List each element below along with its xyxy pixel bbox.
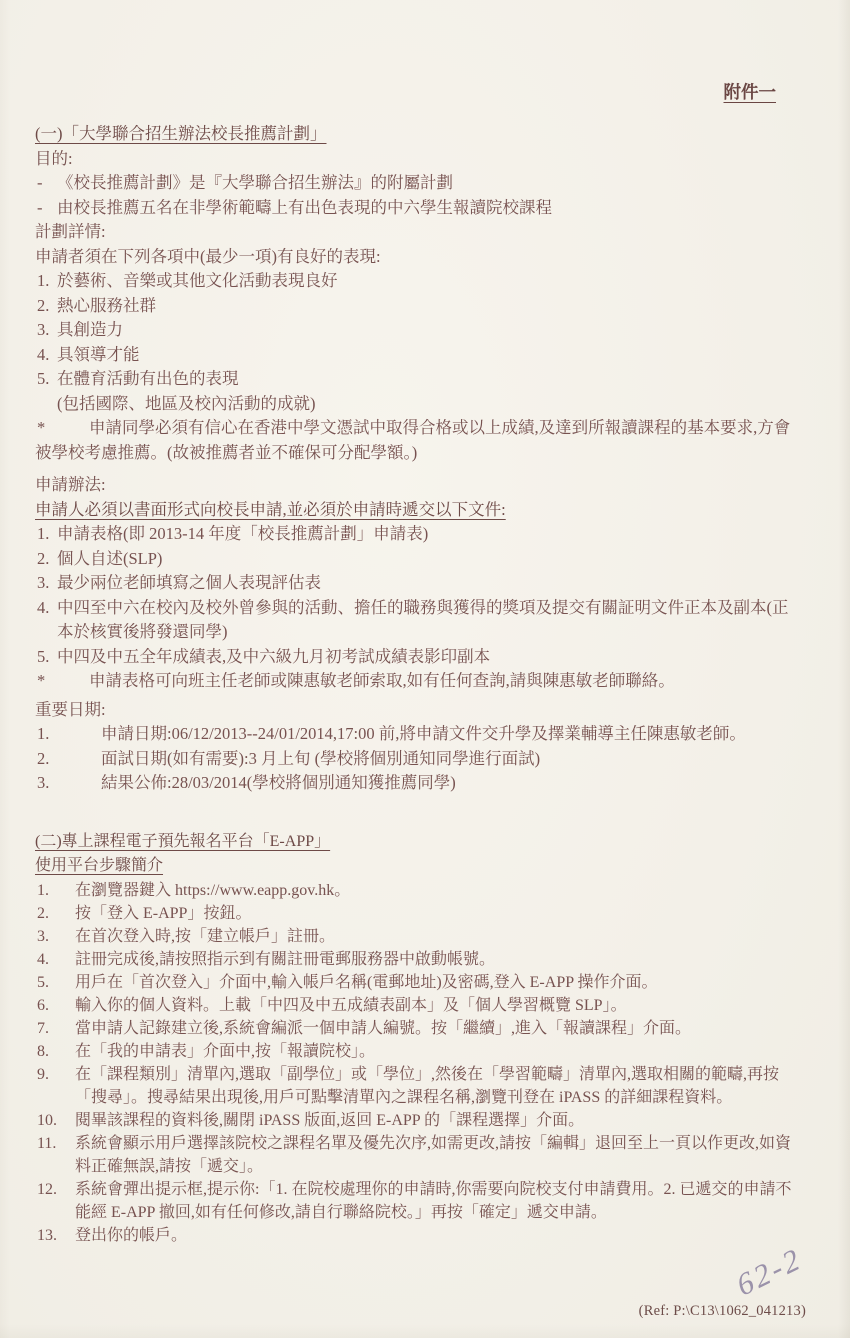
item-text: 閱畢該課程的資料後,關閉 iPASS 版面,返回 E-APP 的「課程選擇」介面… bbox=[75, 1109, 804, 1132]
item-text: 最少兩位老師填寫之個人表現評估表 bbox=[57, 571, 804, 596]
item-text: 個人自述(SLP) bbox=[57, 547, 804, 572]
item-text: 面試日期(如有需要):3 月上旬 (學校將個別通知同學進行面試) bbox=[101, 747, 804, 772]
item-number: - bbox=[35, 171, 57, 196]
item-text: 系統會彈出提示框,提示你:「1. 在院校處理你的申請時,你需要向院校支付申請費用… bbox=[75, 1178, 804, 1224]
item-number: 2. bbox=[35, 547, 57, 572]
section-1: (一)「大學聯合招生辦法校長推薦計劃」 目的: - 《校長推薦計劃》是『大學聯合… bbox=[35, 122, 804, 796]
item-number: 9. bbox=[35, 1063, 75, 1086]
document-item: 3. 最少兩位老師填寫之個人表現評估表 bbox=[35, 571, 804, 596]
step-item: 7. 當申請人記錄建立後,系統會編派一個申請人編號。按「繼續」,進入「報讀課程」… bbox=[35, 1017, 804, 1040]
section2-subheading: 使用平台步驟簡介 bbox=[35, 854, 804, 879]
date-item: 2. 面試日期(如有需要):3 月上旬 (學校將個別通知同學進行面試) bbox=[35, 747, 804, 772]
item-number: 2. bbox=[35, 902, 75, 925]
item-text: 在「課程類別」清單內,選取「副學位」或「學位」,然後在「學習範疇」清單內,選取相… bbox=[75, 1063, 804, 1109]
item-number: 5. bbox=[35, 645, 57, 670]
spacer bbox=[35, 465, 804, 473]
application-label: 申請辦法: bbox=[35, 473, 804, 498]
item-number: 4. bbox=[35, 596, 57, 621]
criteria-subitem: (包括國際、地區及校內活動的成就) bbox=[35, 392, 804, 417]
criteria-item: 1. 於藝術、音樂或其他文化活動表現良好 bbox=[35, 269, 804, 294]
item-number: 1. bbox=[35, 722, 101, 747]
document-item: 5. 中四及中五全年成績表,及中六級九月初考試成績表影印副本 bbox=[35, 645, 804, 670]
item-text: 在「我的申請表」介面中,按「報讀院校」。 bbox=[75, 1040, 804, 1063]
step-item: 8. 在「我的申請表」介面中,按「報讀院校」。 bbox=[35, 1040, 804, 1063]
attachment-label: 附件一 bbox=[724, 79, 777, 104]
item-text: 申請日期:06/12/2013--24/01/2014,17:00 前,將申請文… bbox=[101, 722, 804, 747]
criteria-item: 2. 熱心服務社群 bbox=[35, 294, 804, 319]
item-number: 2. bbox=[35, 747, 101, 772]
dates-label: 重要日期: bbox=[35, 698, 804, 723]
section1-heading: (一)「大學聯合招生辦法校長推薦計劃」 bbox=[35, 122, 804, 147]
purpose-item: - 《校長推薦計劃》是『大學聯合招生辦法』的附屬計劃 bbox=[35, 171, 804, 196]
item-number: 8. bbox=[35, 1040, 75, 1063]
details-label: 計劃詳情: bbox=[35, 220, 804, 245]
step-item: 6. 輸入你的個人資料。上載「中四及中五成績表副本」及「個人學習概覽 SLP」。 bbox=[35, 994, 804, 1017]
step-item: 9. 在「課程類別」清單內,選取「副學位」或「學位」,然後在「學習範疇」清單內,… bbox=[35, 1063, 804, 1109]
item-text: 用戶在「首次登入」介面中,輸入帳戶名稱(電郵地址)及密碼,登入 E-APP 操作… bbox=[75, 971, 804, 994]
item-number: 10. bbox=[35, 1109, 75, 1132]
item-number: - bbox=[35, 196, 57, 221]
item-number: 7. bbox=[35, 1017, 75, 1040]
criteria-intro: 申請者須在下列各項中(最少一項)有良好的表現: bbox=[35, 245, 804, 270]
criteria-item: 4. 具領導才能 bbox=[35, 343, 804, 368]
item-text: 具領導才能 bbox=[57, 343, 804, 368]
step-item: 5. 用戶在「首次登入」介面中,輸入帳戶名稱(電郵地址)及密碼,登入 E-APP… bbox=[35, 971, 804, 994]
item-number: 1. bbox=[35, 879, 75, 902]
item-number: 5. bbox=[35, 367, 57, 392]
date-item: 1. 申請日期:06/12/2013--24/01/2014,17:00 前,將… bbox=[35, 722, 804, 747]
item-number: 11. bbox=[35, 1132, 75, 1155]
section2-heading: (二)專上課程電子預先報名平台「E-APP」 bbox=[35, 830, 804, 855]
step-item: 10. 閱畢該課程的資料後,關閉 iPASS 版面,返回 E-APP 的「課程選… bbox=[35, 1109, 804, 1132]
document-content: (一)「大學聯合招生辦法校長推薦計劃」 目的: - 《校長推薦計劃》是『大學聯合… bbox=[35, 122, 804, 1247]
step-item: 11. 系統會顯示用戶選擇該院校之課程名單及優先次序,如需更改,請按「編輯」退回… bbox=[35, 1132, 804, 1178]
criteria-item: 5. 在體育活動有出色的表現 bbox=[35, 367, 804, 392]
purpose-label: 目的: bbox=[35, 147, 804, 172]
item-text: (包括國際、地區及校內活動的成就) bbox=[57, 392, 804, 417]
document-ref-number: (Ref: P:\C13\1062_041213) bbox=[639, 1303, 806, 1320]
item-text: 按「登入 E-APP」按鈕。 bbox=[75, 902, 804, 925]
item-number: 12. bbox=[35, 1178, 75, 1201]
step-item: 3. 在首次登入時,按「建立帳戶」註冊。 bbox=[35, 925, 804, 948]
item-text: 註冊完成後,請按照指示到有關註冊電郵服務器中啟動帳號。 bbox=[75, 948, 804, 971]
item-text: 在體育活動有出色的表現 bbox=[57, 367, 804, 392]
item-text: 熱心服務社群 bbox=[57, 294, 804, 319]
item-text: 中四及中五全年成績表,及中六級九月初考試成績表影印副本 bbox=[57, 645, 804, 670]
item-number: 3. bbox=[35, 318, 57, 343]
item-text: 結果公佈:28/03/2014(學校將個別通知獲推薦同學) bbox=[101, 771, 804, 796]
scanned-document-page: 附件一 (一)「大學聯合招生辦法校長推薦計劃」 目的: - 《校長推薦計劃》是『… bbox=[0, 0, 850, 1338]
criteria-item: 3. 具創造力 bbox=[35, 318, 804, 343]
asterisk-marker: * bbox=[35, 669, 89, 694]
item-text: 系統會顯示用戶選擇該院校之課程名單及優先次序,如需更改,請按「編輯」退回至上一頁… bbox=[75, 1132, 804, 1178]
item-text: 當申請人記錄建立後,系統會編派一個申請人編號。按「繼續」,進入「報讀課程」介面。 bbox=[75, 1017, 804, 1040]
item-text: 《校長推薦計劃》是『大學聯合招生辦法』的附屬計劃 bbox=[57, 171, 804, 196]
documents-note: *申請表格可向班主任老師或陳惠敏老師索取,如有任何查詢,請與陳惠敏老師聯絡。 bbox=[35, 669, 804, 694]
item-number: 4. bbox=[35, 343, 57, 368]
step-item: 1. 在瀏覽器鍵入 https://www.eapp.gov.hk。 bbox=[35, 879, 804, 902]
item-number: 2. bbox=[35, 294, 57, 319]
item-text: 登出你的帳戶。 bbox=[75, 1224, 804, 1247]
item-text: 由校長推薦五名在非學術範疇上有出色表現的中六學生報讀院校課程 bbox=[57, 196, 804, 221]
document-item: 4. 中四至中六在校內及校外曾參與的活動、擔任的職務與獲得的獎項及提交有關証明文… bbox=[35, 596, 804, 645]
item-text: 在首次登入時,按「建立帳戶」註冊。 bbox=[75, 925, 804, 948]
step-item: 13. 登出你的帳戶。 bbox=[35, 1224, 804, 1247]
step-item: 4. 註冊完成後,請按照指示到有關註冊電郵服務器中啟動帳號。 bbox=[35, 948, 804, 971]
step-item: 12. 系統會彈出提示框,提示你:「1. 在院校處理你的申請時,你需要向院校支付… bbox=[35, 1178, 804, 1224]
note-text: 申請同學必須有信心在香港中學文憑試中取得合格或以上成績,及達到所報讀課程的基本要… bbox=[35, 418, 790, 462]
item-number: 1. bbox=[35, 269, 57, 294]
item-text: 在瀏覽器鍵入 https://www.eapp.gov.hk。 bbox=[75, 879, 804, 902]
date-item: 3. 結果公佈:28/03/2014(學校將個別通知獲推薦同學) bbox=[35, 771, 804, 796]
item-number: 4. bbox=[35, 948, 75, 971]
item-number: 3. bbox=[35, 925, 75, 948]
item-text: 申請表格(即 2013-14 年度「校長推薦計劃」申請表) bbox=[57, 522, 804, 547]
document-item: 1. 申請表格(即 2013-14 年度「校長推薦計劃」申請表) bbox=[35, 522, 804, 547]
application-intro: 申請人必須以書面形式向校長申請,並必須於申請時遞交以下文件: bbox=[35, 498, 804, 523]
step-item: 2. 按「登入 E-APP」按鈕。 bbox=[35, 902, 804, 925]
item-text: 中四至中六在校內及校外曾參與的活動、擔任的職務與獲得的獎項及提交有關証明文件正本… bbox=[57, 596, 804, 645]
criteria-note: *申請同學必須有信心在香港中學文憑試中取得合格或以上成績,及達到所報讀課程的基本… bbox=[35, 416, 804, 465]
item-number: 6. bbox=[35, 994, 75, 1017]
note-text: 申請表格可向班主任老師或陳惠敏老師索取,如有任何查詢,請與陳惠敏老師聯絡。 bbox=[89, 671, 675, 690]
handwritten-page-mark: 62-2 bbox=[732, 1240, 807, 1304]
section-spacer bbox=[35, 796, 804, 830]
item-number: 3. bbox=[35, 771, 101, 796]
item-number: 3. bbox=[35, 571, 57, 596]
asterisk-marker: * bbox=[35, 416, 89, 441]
item-number: 13. bbox=[35, 1224, 75, 1247]
item-number: 1. bbox=[35, 522, 57, 547]
item-text: 輸入你的個人資料。上載「中四及中五成績表副本」及「個人學習概覽 SLP」。 bbox=[75, 994, 804, 1017]
item-number: 5. bbox=[35, 971, 75, 994]
item-text: 於藝術、音樂或其他文化活動表現良好 bbox=[57, 269, 804, 294]
section-2: (二)專上課程電子預先報名平台「E-APP」 使用平台步驟簡介 1. 在瀏覽器鍵… bbox=[35, 830, 804, 1247]
purpose-item: - 由校長推薦五名在非學術範疇上有出色表現的中六學生報讀院校課程 bbox=[35, 196, 804, 221]
item-text: 具創造力 bbox=[57, 318, 804, 343]
document-item: 2. 個人自述(SLP) bbox=[35, 547, 804, 572]
